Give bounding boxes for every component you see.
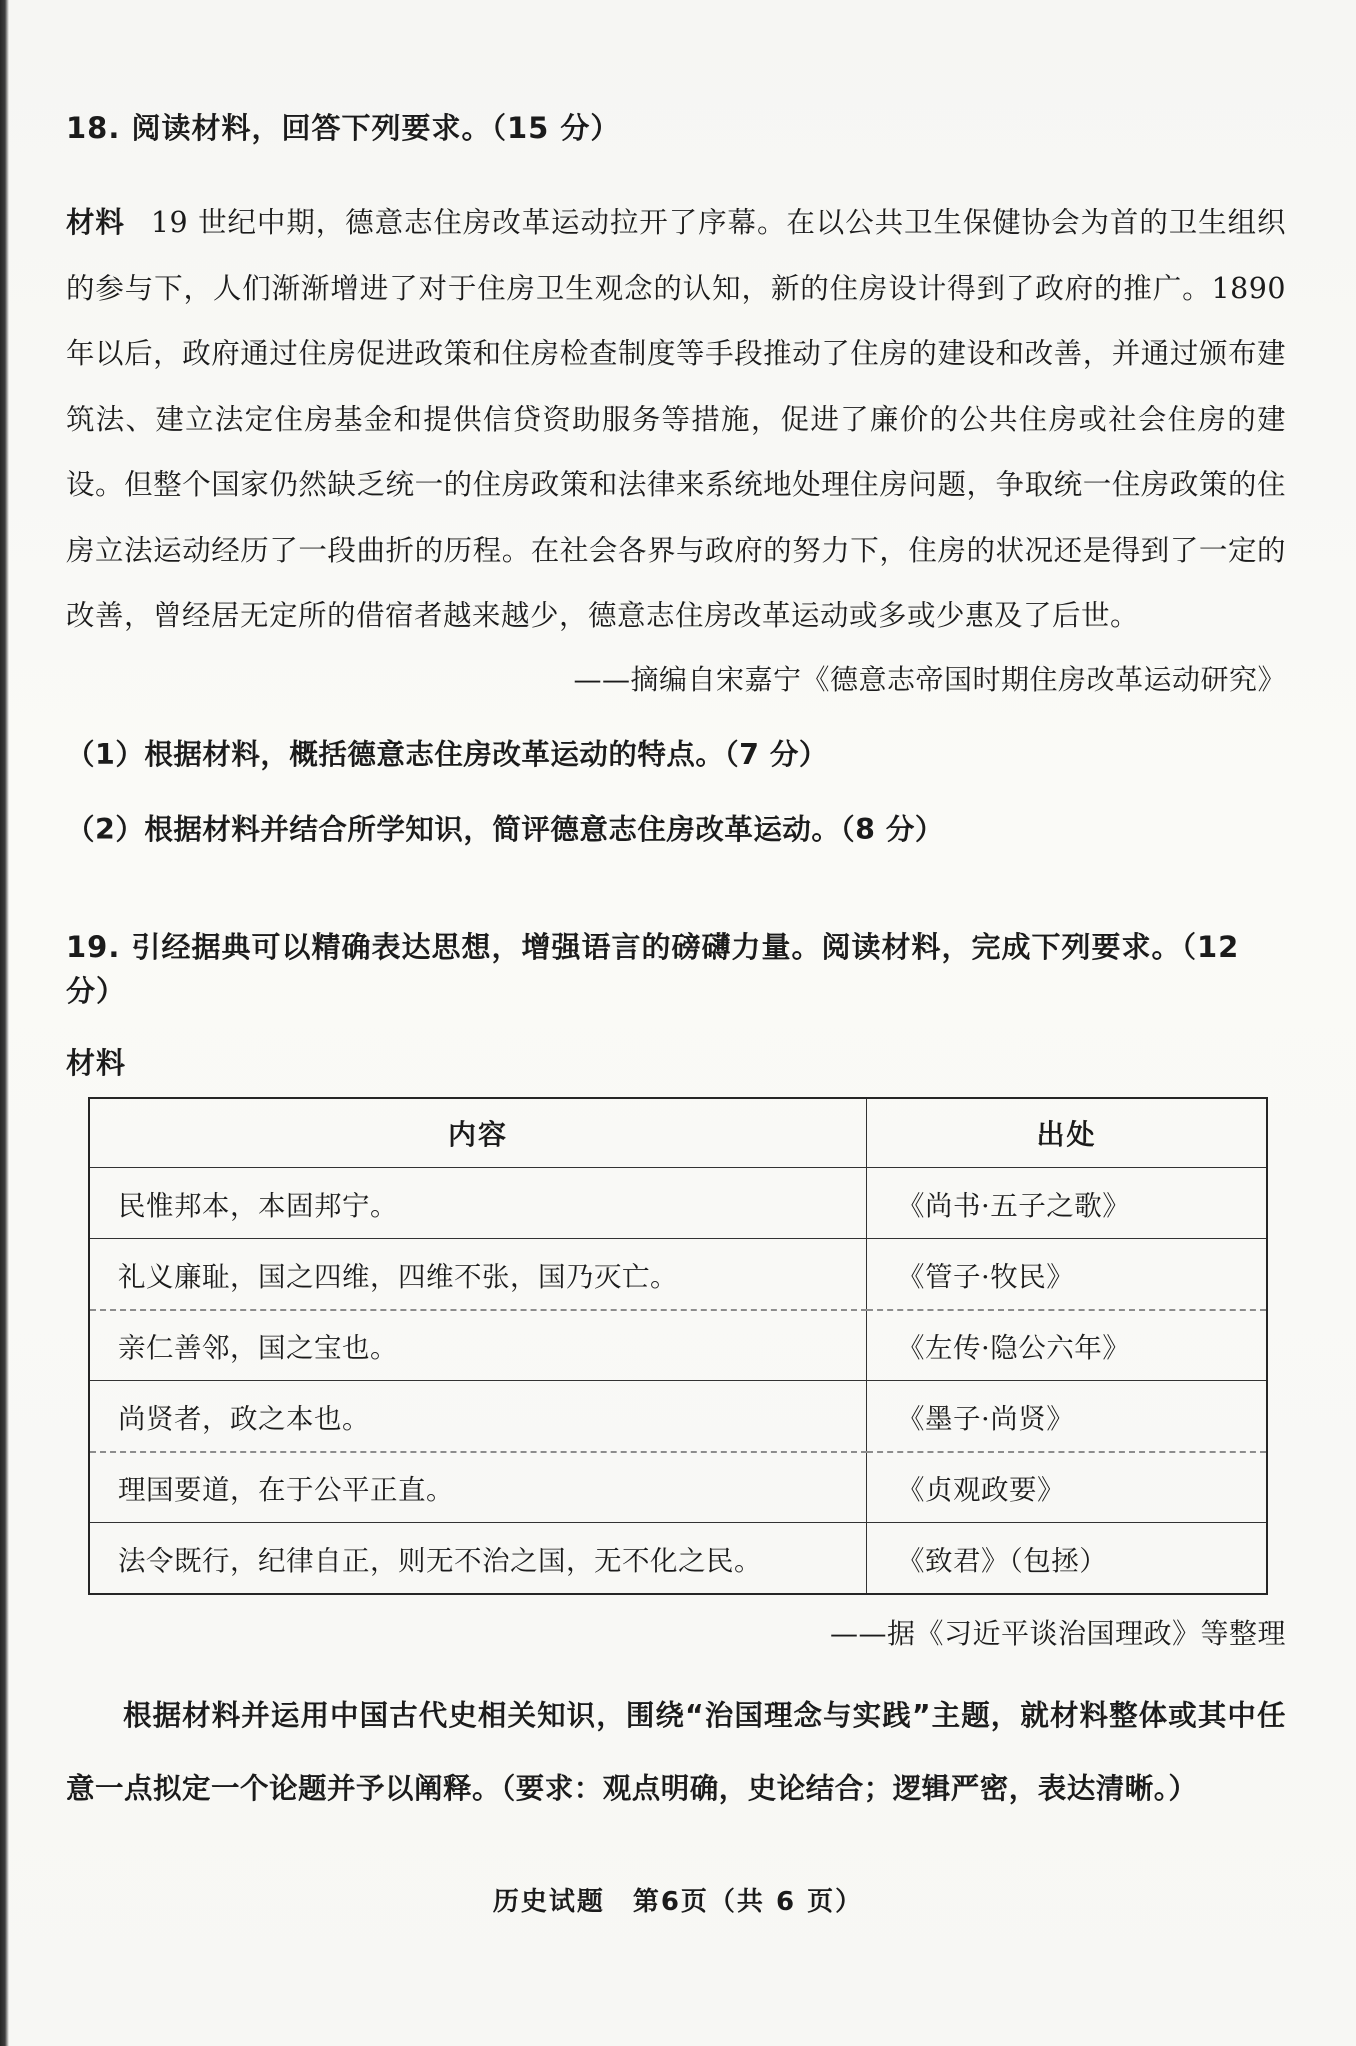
question-19-task: 根据材料并运用中国古代史相关知识，围绕“治国理念与实践”主题，就材料整体或其中任… [66,1679,1286,1825]
question-18-sub1: （1）根据材料，概括德意志住房改革运动的特点。（7 分） [66,734,1286,776]
quote-cell: 民惟邦本，本固邦宁。 [89,1168,866,1239]
source-cell: 《管子·牧民》 [866,1239,1267,1310]
question-18-title: 18. 阅读材料，回答下列要求。（15 分） [66,106,1286,150]
source-cell: 《贞观政要》 [866,1452,1267,1523]
quote-table-header-content: 内容 [89,1098,866,1168]
source-cell: 《致君》（包拯） [866,1523,1267,1594]
exam-page: 18. 阅读材料，回答下列要求。（15 分） 材料19 世纪中期，德意志住房改革… [0,0,1356,2046]
page-content: 18. 阅读材料，回答下列要求。（15 分） 材料19 世纪中期，德意志住房改革… [66,0,1286,1825]
quote-cell: 法令既行，纪律自正，则无不治之国，无不化之民。 [89,1523,866,1594]
quote-table: 内容 出处 民惟邦本，本固邦宁。 《尚书·五子之歌》 礼义廉耻，国之四维，四维不… [88,1097,1268,1595]
scan-edge-artifact [0,0,9,2046]
quote-row: 民惟邦本，本固邦宁。 《尚书·五子之歌》 [89,1168,1267,1239]
quote-row: 礼义廉耻，国之四维，四维不张，国乃灭亡。 《管子·牧民》 [89,1239,1267,1310]
quote-cell: 亲仁善邻，国之宝也。 [89,1310,866,1381]
quote-table-header-row: 内容 出处 [89,1098,1267,1168]
question-18-material: 材料19 世纪中期，德意志住房改革运动拉开了序幕。在以公共卫生保健协会为首的卫生… [66,190,1286,649]
quote-cell: 尚贤者，政之本也。 [89,1381,866,1452]
question-19-citation: ——据《习近平谈治国理政》等整理 [66,1613,1286,1655]
quote-cell: 理国要道，在于公平正直。 [89,1452,866,1523]
quote-row: 尚贤者，政之本也。 《墨子·尚贤》 [89,1381,1267,1452]
material-label: 材料 [66,206,125,239]
question-18-sub2: （2）根据材料并结合所学知识，简评德意志住房改革运动。（8 分） [66,809,1286,851]
material-text: 19 世纪中期，德意志住房改革运动拉开了序幕。在以公共卫生保健协会为首的卫生组织… [66,206,1286,632]
question-19-material-label: 材料 [66,1043,1286,1083]
quote-table-header-source: 出处 [866,1098,1267,1168]
source-cell: 《尚书·五子之歌》 [866,1168,1267,1239]
page-footer: 历史试题 第6页（共 6 页） [0,1881,1356,1918]
question-19-title: 19. 引经据典可以精确表达思想，增强语言的磅礴力量。阅读材料，完成下列要求。（… [66,925,1286,1013]
quote-row: 法令既行，纪律自正，则无不治之国，无不化之民。 《致君》（包拯） [89,1523,1267,1594]
question-18-citation: ——摘编自宋嘉宁《德意志帝国时期住房改革运动研究》 [66,659,1286,701]
quote-cell: 礼义廉耻，国之四维，四维不张，国乃灭亡。 [89,1239,866,1310]
source-cell: 《墨子·尚贤》 [866,1381,1267,1452]
source-cell: 《左传·隐公六年》 [866,1310,1267,1381]
quote-row: 理国要道，在于公平正直。 《贞观政要》 [89,1452,1267,1523]
quote-row: 亲仁善邻，国之宝也。 《左传·隐公六年》 [89,1310,1267,1381]
